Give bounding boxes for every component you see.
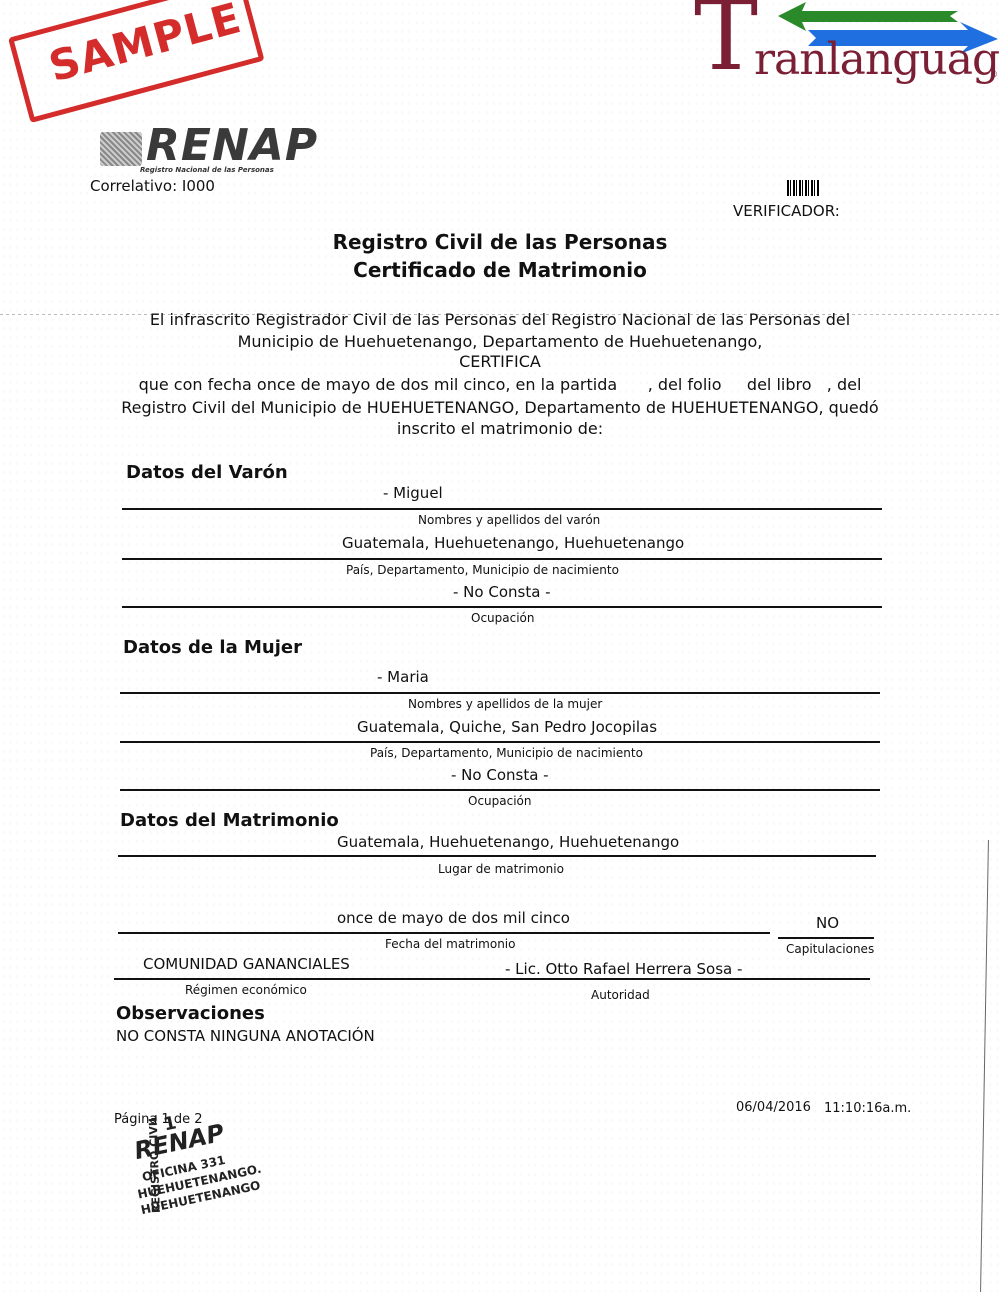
renap-emblem-icon xyxy=(100,132,142,166)
certifica-label: CERTIFICA xyxy=(100,351,900,373)
mujer-occupation-label: Ocupación xyxy=(468,794,532,808)
page-edge-line xyxy=(980,840,989,1292)
correlativo: Correlativo: I000 xyxy=(90,177,215,195)
marriage-place: Guatemala, Huehuetenango, Huehuetenango xyxy=(337,833,679,851)
renap-subtitle: Registro Nacional de las Personas xyxy=(140,166,274,174)
observaciones-text: NO CONSTA NINGUNA ANOTACIÓN xyxy=(116,1027,375,1045)
divider xyxy=(120,741,880,743)
intro-line-5: inscrito el matrimonio de: xyxy=(100,418,900,440)
varon-name: - Miguel xyxy=(383,484,443,502)
regimen-label: Régimen económico xyxy=(185,983,307,997)
mujer-birthplace-label: País, Departamento, Municipio de nacimie… xyxy=(370,746,643,760)
marriage-date-label: Fecha del matrimonio xyxy=(385,937,515,951)
capitulaciones-label: Capitulaciones xyxy=(786,942,874,956)
logo-initial: T xyxy=(694,0,758,84)
divider xyxy=(114,978,870,980)
logo-wordmark: ranlanguage xyxy=(754,38,1000,82)
autoridad-value: - Lic. Otto Rafael Herrera Sosa - xyxy=(505,960,742,978)
matrimonio-heading: Datos del Matrimonio xyxy=(120,810,339,831)
mujer-birthplace: Guatemala, Quiche, San Pedro Jocopilas xyxy=(357,718,657,736)
varon-heading: Datos del Varón xyxy=(126,462,288,483)
varon-occupation-label: Ocupación xyxy=(471,611,535,625)
capitulaciones-value: NO xyxy=(816,914,839,932)
divider xyxy=(778,937,874,939)
divider xyxy=(118,855,876,857)
divider xyxy=(120,789,880,791)
divider xyxy=(122,508,882,510)
varon-birthplace-label: País, Departamento, Municipio de nacimie… xyxy=(346,563,619,577)
observaciones-heading: Observaciones xyxy=(116,1003,265,1024)
tranlanguage-logo: T ranlanguage ® xyxy=(690,0,1000,95)
registered-mark: ® xyxy=(990,70,998,79)
divider xyxy=(122,606,882,608)
print-date: 06/04/2016 xyxy=(736,1100,811,1115)
sample-stamp: SAMPLE xyxy=(8,0,265,123)
print-time: 11:10:16a.m. xyxy=(824,1101,911,1116)
document-subtitle: Certificado de Matrimonio xyxy=(0,258,1000,282)
marriage-place-label: Lugar de matrimonio xyxy=(438,862,564,876)
varon-name-label: Nombres y apellidos del varón xyxy=(418,513,600,527)
varon-birthplace: Guatemala, Huehuetenango, Huehuetenango xyxy=(342,534,684,552)
barcode-icon xyxy=(787,180,819,196)
intro-line-4: Registro Civil del Municipio de HUEHUETE… xyxy=(100,397,900,419)
mujer-name: - Maria xyxy=(377,668,429,686)
intro-line-1: El infrascrito Registrador Civil de las … xyxy=(100,309,900,331)
marriage-date: once de mayo de dos mil cinco xyxy=(337,909,570,927)
renap-wordmark: RENAP xyxy=(146,120,318,171)
divider xyxy=(120,692,880,694)
document-title: Registro Civil de las Personas xyxy=(0,230,1000,254)
divider xyxy=(122,558,882,560)
verificador-label: VERIFICADOR: xyxy=(733,202,840,220)
intro-line-2: Municipio de Huehuetenango, Departamento… xyxy=(100,331,900,353)
intro-line-3: que con fecha once de mayo de dos mil ci… xyxy=(100,374,900,396)
sample-stamp-text: SAMPLE xyxy=(44,0,247,91)
renap-logo: RENAP Registro Nacional de las Personas xyxy=(100,126,320,178)
mujer-heading: Datos de la Mujer xyxy=(123,637,302,658)
mujer-occupation: - No Consta - xyxy=(451,766,549,784)
autoridad-label: Autoridad xyxy=(591,988,650,1002)
divider xyxy=(118,932,770,934)
varon-occupation: - No Consta - xyxy=(453,583,551,601)
regimen-value: COMUNIDAD GANANCIALES xyxy=(143,955,350,973)
mujer-name-label: Nombres y apellidos de la mujer xyxy=(408,697,602,711)
